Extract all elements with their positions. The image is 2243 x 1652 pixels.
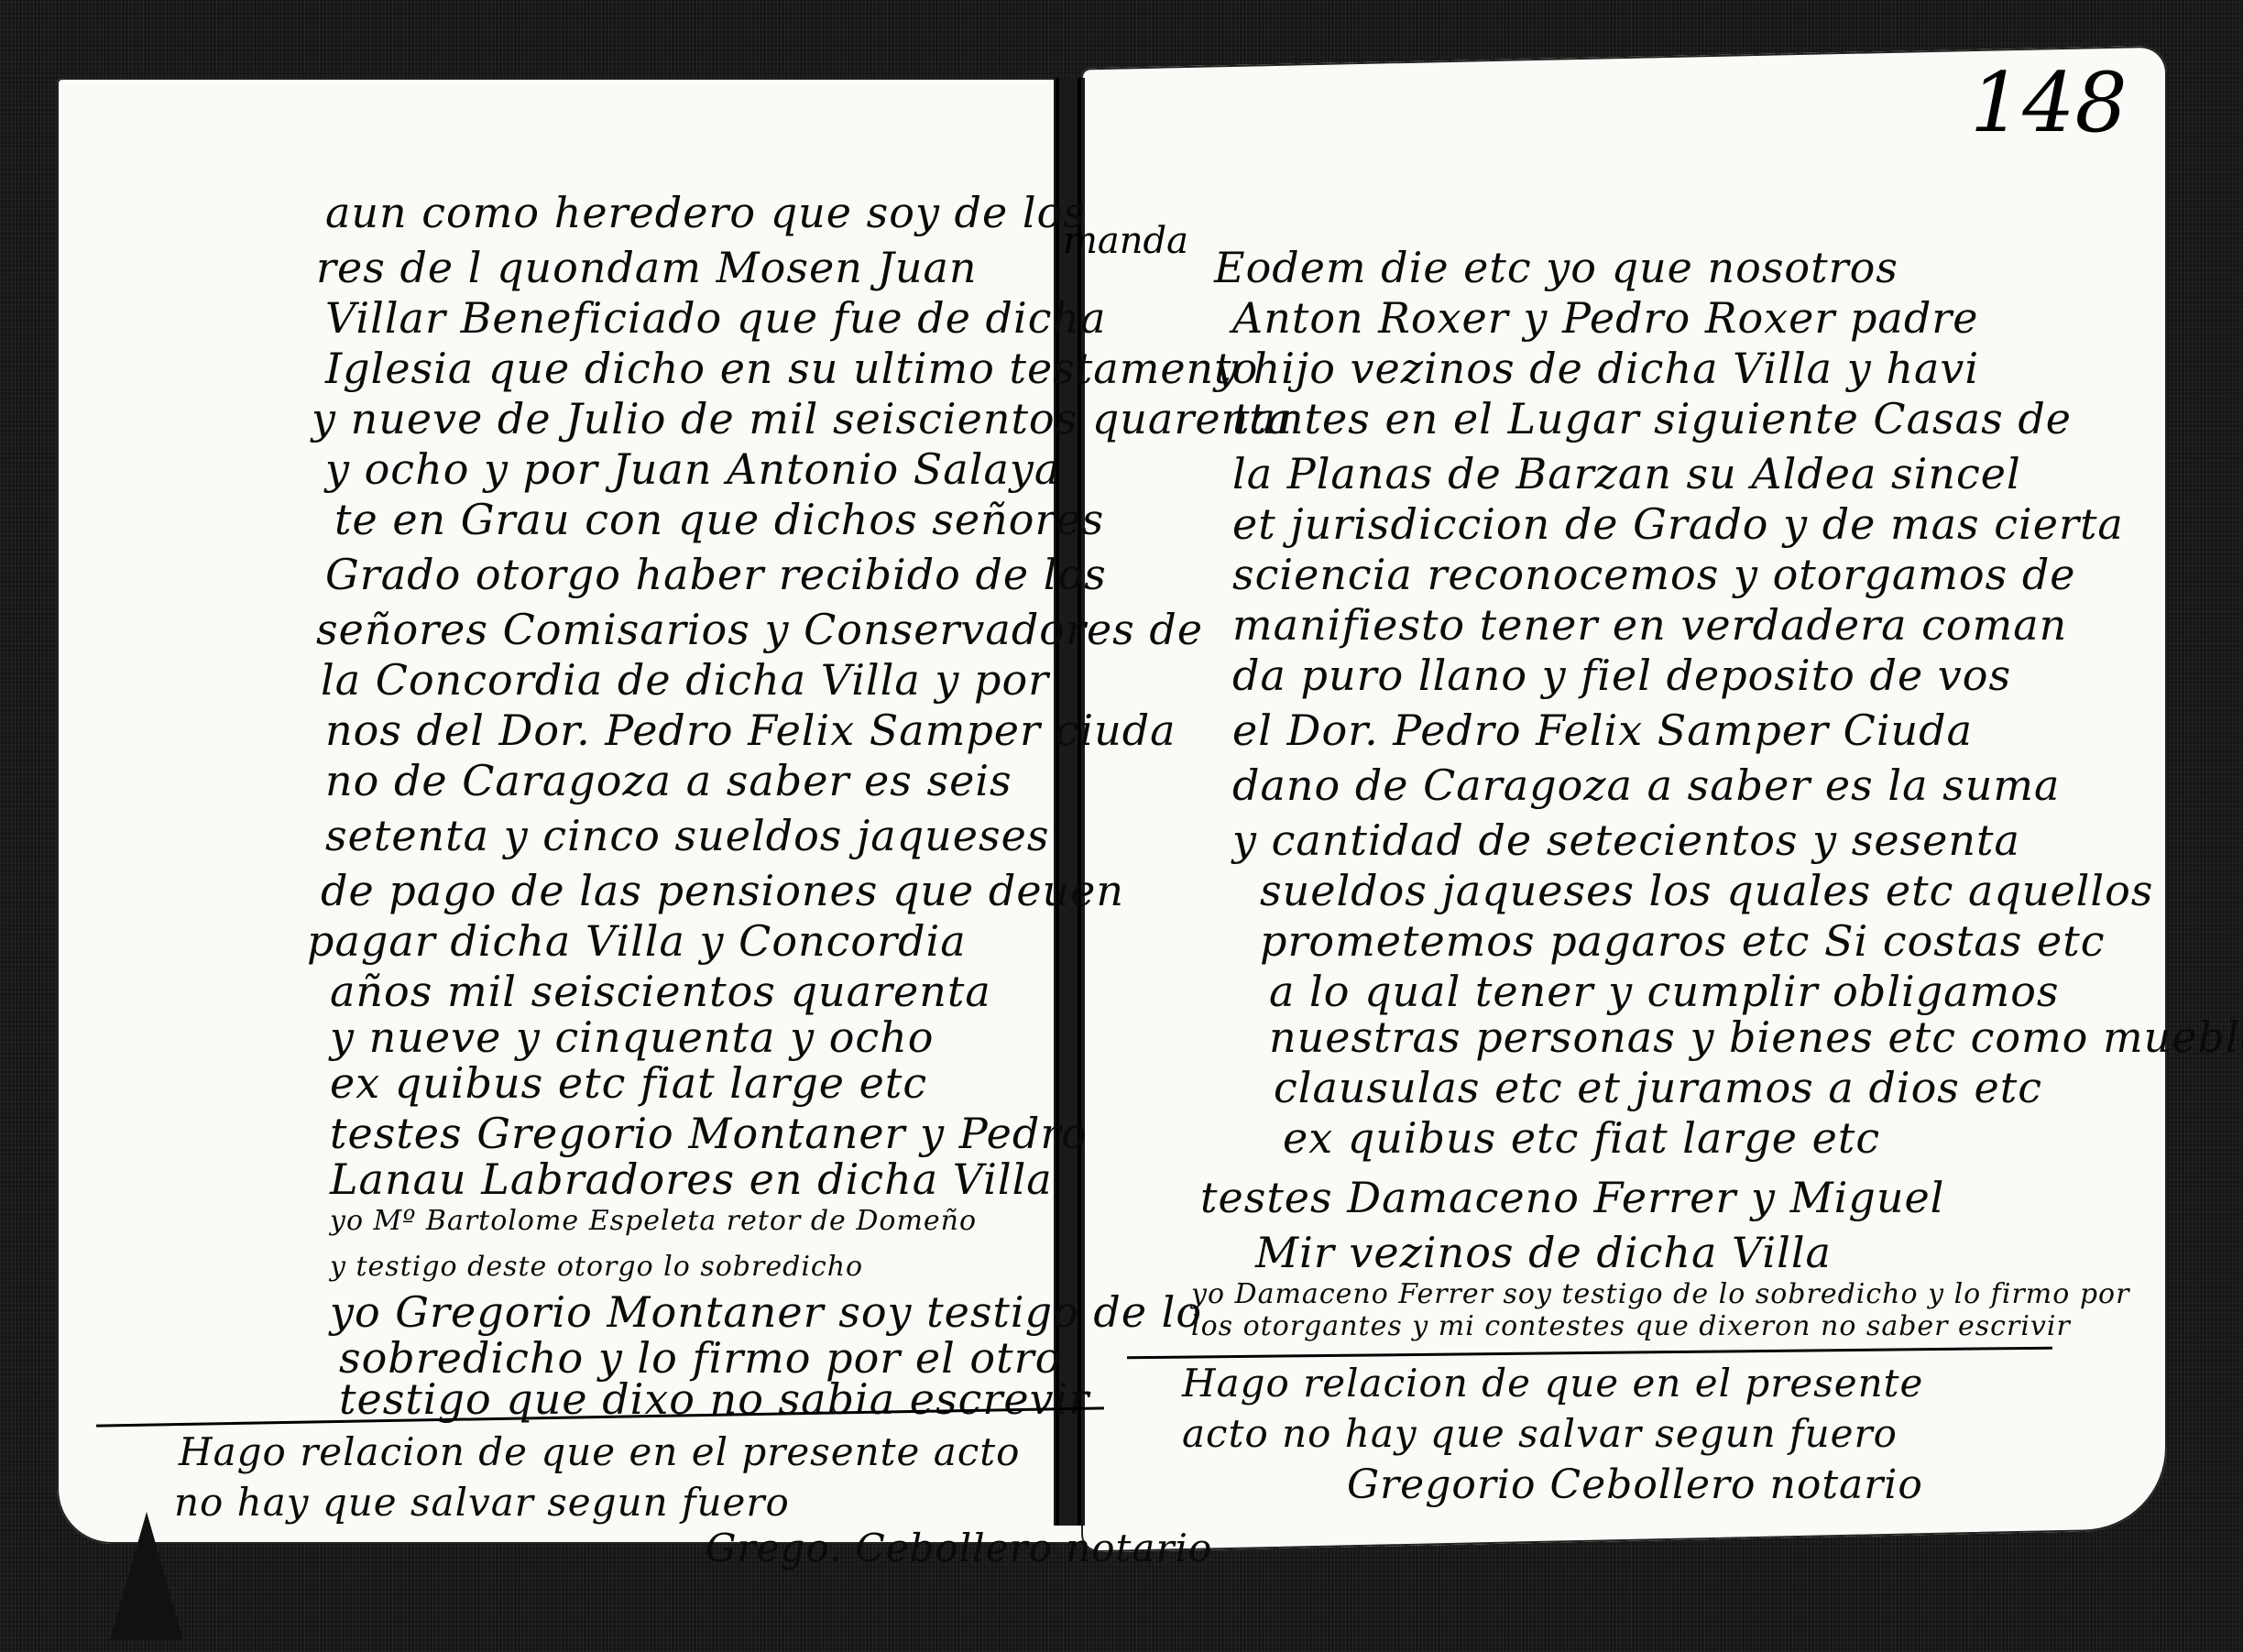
text-line: ex quibus etc fiat large etc bbox=[1283, 1113, 1880, 1163]
text-line: y testigo deste otorgo lo sobredicho bbox=[330, 1251, 863, 1283]
text-line: Grado otorgo haber recibido de los bbox=[325, 550, 1107, 599]
text-line: yo Mº Bartolome Espeleta retor de Domeño bbox=[330, 1205, 977, 1237]
text-line: da puro llano y fiel deposito de vos bbox=[1232, 651, 2011, 700]
folio-number: 148 bbox=[1970, 55, 2128, 151]
text-line: tantes en el Lugar siguiente Casas de bbox=[1232, 394, 2072, 443]
text-line: la Planas de Barzan su Aldea sincel bbox=[1232, 449, 2021, 498]
text-line: Mir vezinos de dicha Villa bbox=[1255, 1228, 1832, 1277]
notary-note-line: Hago relacion de que en el presente acto bbox=[179, 1429, 1020, 1474]
text-line: señores Comisarios y Conservadores de bbox=[316, 605, 1203, 654]
text-line: yo Damaceno Ferrer soy testigo de lo sob… bbox=[1191, 1278, 2129, 1310]
text-line: aun como heredero que soy de los bbox=[325, 188, 1086, 237]
text-line: pagar dicha Villa y Concordia bbox=[307, 916, 967, 966]
page-tab-shadow bbox=[110, 1512, 183, 1640]
text-line: testigo que dixo no sabia escrevir bbox=[339, 1374, 1089, 1424]
text-line: los otorgantes y mi contestes que dixero… bbox=[1191, 1310, 2071, 1342]
text-line: testes Damaceno Ferrer y Miguel bbox=[1200, 1173, 1944, 1222]
text-line: Eodem die etc yo que nosotros bbox=[1214, 243, 1898, 292]
text-line: ex quibus etc fiat large etc bbox=[330, 1058, 927, 1108]
text-line: a lo qual tener y cumplir obligamos bbox=[1269, 967, 2060, 1016]
text-line: y ocho y por Juan Antonio Salaya bbox=[325, 444, 1060, 494]
text-line: y nueve de Julio de mil seiscientos quar… bbox=[312, 394, 1293, 443]
text-line: el Dor. Pedro Felix Samper Ciuda bbox=[1232, 706, 1973, 755]
text-line: y hijo vezinos de dicha Villa y havi bbox=[1214, 344, 1979, 393]
notary-signature: Gregorio Cebollero notario bbox=[1347, 1461, 1923, 1508]
text-line: Anton Roxer y Pedro Roxer padre bbox=[1232, 293, 1978, 343]
text-line: Lanau Labradores en dicha Villa bbox=[330, 1154, 1053, 1204]
text-line: nuestras personas y bienes etc como mueb… bbox=[1269, 1012, 2243, 1062]
text-line: de pago de las pensiones que deuen bbox=[321, 866, 1124, 915]
text-line: res de l quondam Mosen Juan bbox=[316, 243, 978, 292]
text-line: testes Gregorio Montaner y Pedro bbox=[330, 1109, 1088, 1158]
notary-signature: Grego. Cebollero notario bbox=[706, 1526, 1212, 1570]
text-line: clausulas etc et juramos a dios etc bbox=[1274, 1063, 2042, 1112]
text-line: Iglesia que dicho en su ultimo testament… bbox=[325, 344, 1258, 393]
text-line: prometemos pagaros etc Si costas etc bbox=[1260, 916, 2106, 966]
text-line: Villar Beneficiado que fue de dicha bbox=[325, 293, 1107, 343]
text-line: la Concordia de dicha Villa y por bbox=[321, 655, 1049, 705]
text-line: yo Gregorio Montaner soy testigo de lo bbox=[330, 1287, 1202, 1337]
text-line: y nueve y cinquenta y ocho bbox=[330, 1012, 934, 1062]
text-line: y cantidad de setecientos y sesenta bbox=[1232, 815, 2020, 865]
text-line: te en Grau con que dichos señores bbox=[334, 495, 1104, 544]
text-line: setenta y cinco sueldos jaqueses bbox=[325, 811, 1049, 860]
notary-note-line: acto no hay que salvar segun fuero bbox=[1182, 1411, 1898, 1456]
text-line: años mil seiscientos quarenta bbox=[330, 967, 991, 1016]
notary-note-line: Hago relacion de que en el presente bbox=[1182, 1361, 1923, 1406]
text-line: manifiesto tener en verdadera coman bbox=[1232, 600, 2067, 650]
text-line: sciencia reconocemos y otorgamos de bbox=[1232, 550, 2076, 599]
text-line: no de Caragoza a saber es seis bbox=[325, 756, 1012, 805]
notary-note-line: no hay que salvar segun fuero bbox=[174, 1480, 790, 1525]
text-line: dano de Caragoza a saber es la suma bbox=[1232, 760, 2060, 810]
text-line: nos del Dor. Pedro Felix Samper ciuda bbox=[325, 706, 1176, 755]
text-line: sueldos jaqueses los quales etc aquellos bbox=[1260, 866, 2153, 915]
text-line: et jurisdiccion de Grado y de mas cierta bbox=[1232, 499, 2124, 549]
